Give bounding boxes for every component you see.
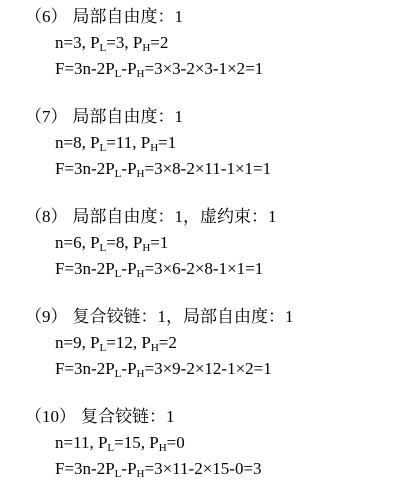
solution-item-10: （10）复合铰链：1 n=11, PL=15, PH=0 F=3n-2PL-PH… [25,404,396,482]
item-title: 局部自由度：1 [73,7,184,26]
parameters-line: n=11, PL=15, PH=0 [55,430,396,456]
item-number: （10） [25,407,76,426]
parameters-line: n=9, PL=12, PH=2 [55,330,396,356]
dof-formula-line: F=3n-2PL-PH=3×3-2×3-1×2=1 [55,56,396,82]
item-title: 局部自由度：1 [73,107,184,126]
solution-item-9: （9）复合铰链：1，局部自由度：1 n=9, PL=12, PH=2 F=3n-… [25,304,396,382]
item-number: （7） [25,107,68,126]
dof-formula-line: F=3n-2PL-PH=3×9-2×12-1×2=1 [55,356,396,382]
item-heading: （9）复合铰链：1，局部自由度：1 [25,304,396,330]
solutions-document: （6）局部自由度：1 n=3, PL=3, PH=2 F=3n-2PL-PH=3… [0,0,404,503]
item-title: 复合铰链：1 [81,407,175,426]
parameters-line: n=6, PL=8, PH=1 [55,230,396,256]
item-heading: （10）复合铰链：1 [25,404,396,430]
item-title: 复合铰链：1，局部自由度：1 [73,307,294,326]
solution-item-8: （8）局部自由度：1，虚约束：1 n=6, PL=8, PH=1 F=3n-2P… [25,204,396,282]
item-heading: （8）局部自由度：1，虚约束：1 [25,204,396,230]
parameters-line: n=3, PL=3, PH=2 [55,30,396,56]
item-heading: （7）局部自由度：1 [25,104,396,130]
item-title: 局部自由度：1，虚约束：1 [73,207,277,226]
item-number: （9） [25,307,68,326]
item-number: （8） [25,207,68,226]
item-heading: （6）局部自由度：1 [25,4,396,30]
solution-item-7: （7）局部自由度：1 n=8, PL=11, PH=1 F=3n-2PL-PH=… [25,104,396,182]
dof-formula-line: F=3n-2PL-PH=3×6-2×8-1×1=1 [55,256,396,282]
dof-formula-line: F=3n-2PL-PH=3×8-2×11-1×1=1 [55,156,396,182]
parameters-line: n=8, PL=11, PH=1 [55,130,396,156]
item-number: （6） [25,7,68,26]
solution-item-6: （6）局部自由度：1 n=3, PL=3, PH=2 F=3n-2PL-PH=3… [25,4,396,82]
dof-formula-line: F=3n-2PL-PH=3×11-2×15-0=3 [55,456,396,482]
